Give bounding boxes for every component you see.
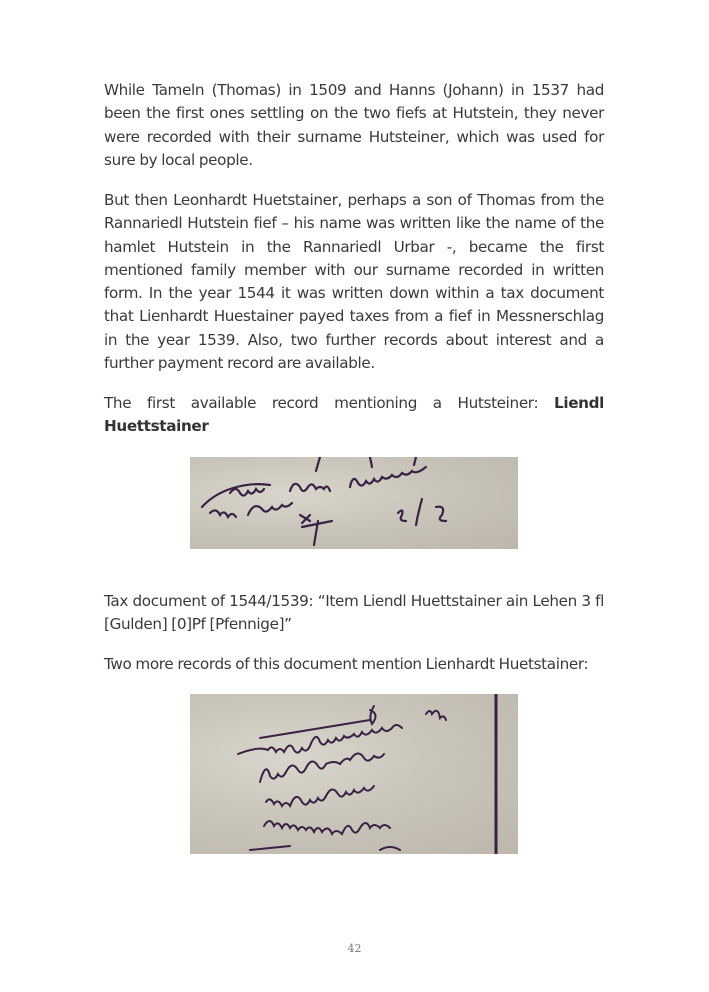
paragraph-first-record: The first available record mentioning a … (104, 392, 604, 439)
manuscript-image-further-records (190, 694, 518, 854)
first-record-intro: The first available record mentioning a … (104, 394, 554, 412)
paragraph-intro: While Tameln (Thomas) in 1509 and Hanns … (104, 79, 604, 172)
paragraph-leonhardt: But then Leonhardt Huetstainer, perhaps … (104, 189, 604, 375)
page-number: 42 (0, 942, 709, 955)
paragraph-more-records: Two more records of this document mentio… (104, 653, 604, 676)
manuscript-image-tax-record (190, 457, 518, 549)
paragraph-tax-document: Tax document of 1544/1539: “Item Liendl … (104, 590, 604, 637)
document-page: While Tameln (Thomas) in 1509 and Hanns … (0, 0, 709, 992)
